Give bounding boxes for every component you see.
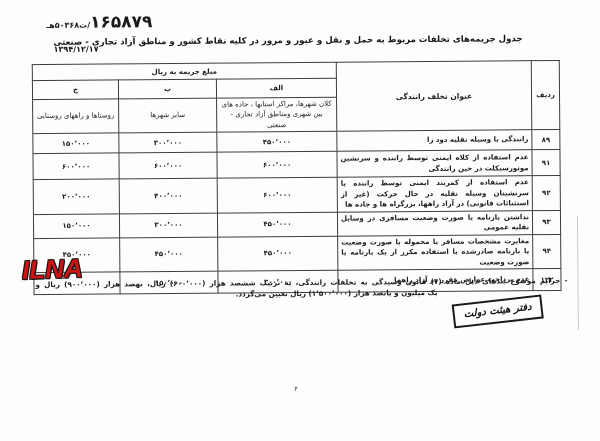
document-date: ۱۳۹۴/۱۲/۱۷ [54, 45, 99, 54]
table-row: ۹۴ مغایرت مشخصات مسافر یا محموله با صورت… [34, 234, 561, 273]
amount-a: ۴۵۰٬۰۰۰ [217, 212, 337, 237]
ilna-logo: ILNA [21, 253, 83, 286]
table-row: ۹۲ عدم استفاده از کمربند ایمنی توسط رانن… [33, 175, 560, 214]
amount-b: ۴۵۰٬۰۰۰ [120, 237, 218, 272]
col-desc-b: سایر شهرها [119, 98, 217, 133]
col-header-a: الف [216, 78, 336, 98]
col-desc-a: کلان شهرها، مراکز استانها ، جاده های بین… [217, 97, 337, 132]
fines-table: ردیف عنوان تخلف رانندگی مبلغ جریمه به ری… [32, 60, 562, 295]
amount-b: ۴۰۰٬۰۰۰ [119, 178, 217, 213]
amount-a: ۴۵۰٬۰۰۰ [217, 131, 337, 152]
col-header-c: ج [32, 80, 118, 100]
doc-number-main: ۱۶۵۸۷۹ [90, 12, 152, 32]
row-id: ۹۴ [533, 234, 561, 269]
footnote: - جرایم موضوع بندهای ذیل ماده (۷) قانون … [35, 275, 567, 301]
violation-text: عدم استفاده از کمربند ایمنی توسط راننده … [337, 176, 532, 212]
row-id: ۹۱ [532, 149, 560, 175]
amount-c: ۶۰۰٬۰۰۰ [33, 153, 119, 180]
row-id: ۹۳ [532, 210, 560, 234]
paper-edge-line [577, 216, 579, 330]
amount-c: ۲۰۰٬۰۰۰ [33, 179, 119, 214]
amount-b: ۶۰۰٬۰۰۰ [119, 152, 217, 179]
col-header-violation: عنوان تخلف رانندگی [336, 61, 532, 132]
amount-a: ۶۰۰٬۰۰۰ [217, 151, 337, 178]
cabinet-office-stamp: دفتر هیئت دولت [452, 294, 544, 328]
amount-b: ۳۰۰٬۰۰۰ [119, 132, 217, 153]
table-row: ۹۱ عدم استفاده از کلاه ایمنی توسط راننده… [33, 149, 560, 179]
violation-text: نداشتن بارنامه یا صورت وضعیت مسافری در و… [337, 210, 532, 236]
col-desc-c: روستاها و راههای روستایی [33, 99, 119, 134]
amount-b: ۳۰۰٬۰۰۰ [119, 213, 217, 238]
document-page: ۱۶۵۸۷۹/ت۵۰۳۶۸هـ جدول جریمه‌های تخلفات مر… [0, 0, 600, 441]
document-title: جدول جریمه‌های تخلفات مربوط به حمل و نقل… [53, 34, 522, 48]
col-header-row-number: ردیف [531, 60, 560, 129]
doc-number-suffix: /ت۵۰۳۶۸هـ [46, 21, 90, 30]
col-header-b: ب [118, 79, 216, 99]
violation-text: مغایرت مشخصات مسافر یا محموله با صورت وض… [338, 234, 533, 270]
scanned-sheet: ۱۶۵۸۷۹/ت۵۰۳۶۸هـ جدول جریمه‌های تخلفات مر… [0, 0, 600, 441]
row-id: ۸۹ [532, 129, 560, 149]
amount-c: ۱۵۰٬۰۰۰ [33, 133, 119, 154]
row-id: ۹۲ [532, 175, 560, 210]
page-number: ۴ [294, 385, 298, 393]
amount-a: ۴۵۰٬۰۰۰ [218, 236, 338, 271]
violation-text: رانندگی با وسیله نقلیه دود زا [337, 130, 532, 152]
doc-number: ۱۶۵۸۷۹/ت۵۰۳۶۸هـ [46, 12, 152, 33]
violation-text: عدم استفاده از کلاه ایمنی توسط راننده و … [337, 150, 532, 178]
amount-a: ۶۰۰٬۰۰۰ [217, 177, 337, 212]
amount-c: ۱۵۰٬۰۰۰ [33, 213, 119, 238]
